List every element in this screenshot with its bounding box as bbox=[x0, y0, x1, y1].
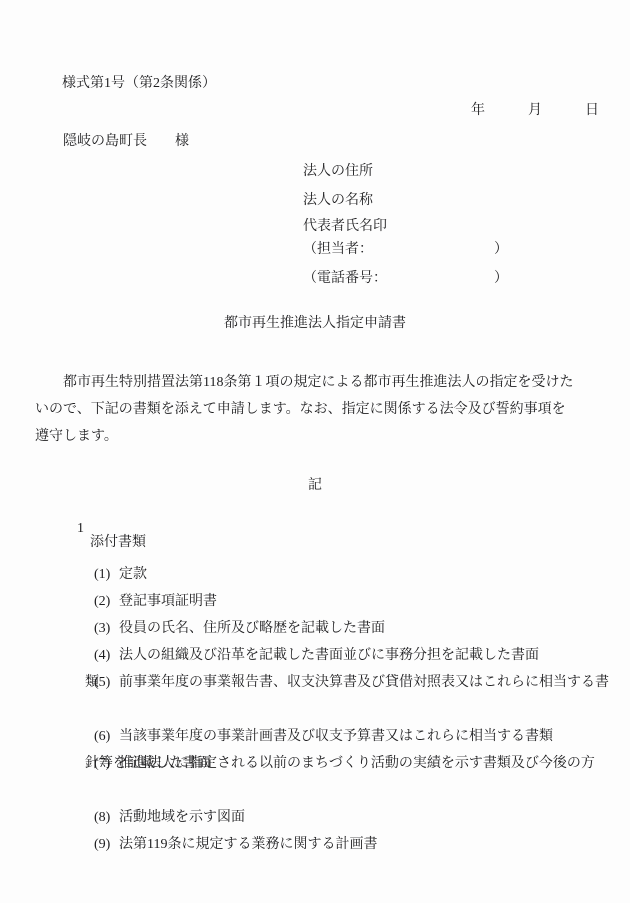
item-number: (2) bbox=[94, 588, 114, 615]
item-number: (6) bbox=[94, 723, 114, 750]
body-line: いので、下記の書類を添えて申請します。なお、指定に関係する法令及び誓約事項を bbox=[35, 396, 610, 423]
body-line: 遵守します。 bbox=[35, 423, 610, 450]
body-line: 都市再生特別措置法第118条第１項の規定による都市再生推進法人の指定を受けた bbox=[35, 369, 610, 396]
item-text: 法第119条に規定する業務に関する計画書 bbox=[119, 837, 377, 852]
phone-number-label: （電話番号： bbox=[303, 272, 387, 286]
item-number: (4) bbox=[94, 642, 114, 669]
contact-person-line: （担当者： ） bbox=[303, 243, 508, 257]
addressee: 隠岐の島町長 様 bbox=[63, 135, 189, 149]
item-text: 登記事項証明書 bbox=[119, 594, 217, 609]
item-number: (9) bbox=[94, 831, 114, 858]
phone-number-line: （電話番号： ） bbox=[303, 272, 508, 286]
corporation-address-label: 法人の住所 bbox=[303, 165, 373, 179]
representative-name-seal-label: 代表者氏名印 bbox=[303, 220, 387, 234]
item-number: (1) bbox=[94, 561, 114, 588]
document-title: 都市再生推進法人指定申請書 bbox=[0, 317, 630, 331]
item-text: 定款 bbox=[119, 567, 147, 582]
date-year-label: 年 bbox=[471, 104, 485, 118]
date-line: 年 月 日 bbox=[471, 104, 599, 118]
contact-person-label: （担当者： bbox=[303, 243, 373, 257]
list-item: (1)定款 bbox=[35, 534, 620, 561]
attachments-list: (1)定款 (2)登記事項証明書 (3)役員の氏名、住所及び略歴を記載した書面 … bbox=[35, 534, 620, 831]
date-month-label: 月 bbox=[528, 104, 542, 118]
form-number: 様式第1号（第2条関係） bbox=[62, 77, 216, 91]
ki-marker: 記 bbox=[0, 479, 630, 493]
list-item: (8)活動地域を示す図面 bbox=[35, 777, 620, 804]
item-text: 役員の氏名、住所及び略歴を記載した書面 bbox=[119, 621, 385, 636]
item-number: (3) bbox=[94, 615, 114, 642]
item-text: 当該事業年度の事業計画書及び収支予算書又はこれらに相当する書類 bbox=[119, 729, 553, 744]
item-text: 前事業年度の事業報告書、収支決算書及び貸借対照表又はこれらに相当する書 bbox=[119, 675, 609, 690]
body-paragraph: 都市再生特別措置法第118条第１項の規定による都市再生推進法人の指定を受けた い… bbox=[35, 369, 610, 450]
phone-number-close-paren: ） bbox=[494, 272, 508, 286]
corporation-name-label: 法人の名称 bbox=[303, 194, 373, 208]
contact-person-close-paren: ） bbox=[494, 243, 508, 257]
list-item: (6)当該事業年度の事業計画書及び収支予算書又はこれらに相当する書類 bbox=[35, 696, 620, 723]
item-number: (8) bbox=[94, 804, 114, 831]
item-text: 活動地域を示す図面 bbox=[119, 810, 245, 825]
document-page: 様式第1号（第2条関係） 年 月 日 隠岐の島町長 様 法人の住所 法人の名称 … bbox=[0, 0, 630, 903]
item-text: 法人の組織及び沿革を記載した書面並びに事務分担を記載した書面 bbox=[119, 648, 539, 663]
date-day-label: 日 bbox=[585, 104, 599, 118]
